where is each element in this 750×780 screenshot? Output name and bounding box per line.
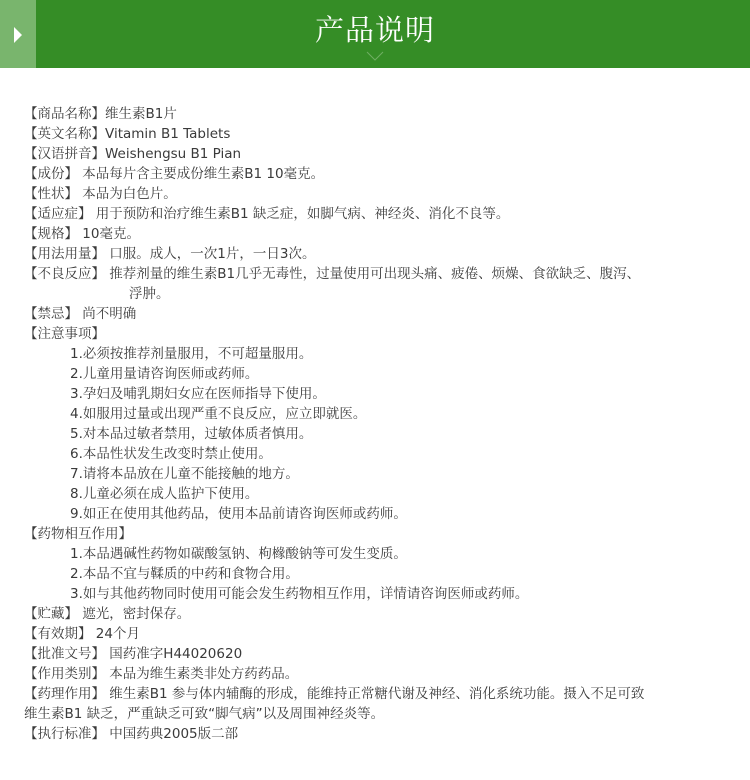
field-label: 【执行标准】	[24, 726, 105, 742]
field-label: 【汉语拼音】	[24, 146, 105, 162]
field-label: 【用法用量】	[24, 246, 105, 262]
field-value: 用于预防和治疗维生素B1 缺乏症，如脚气病、神经炎、消化不良等。	[92, 206, 510, 222]
field-english-name: 【英文名称】Vitamin B1 Tablets	[24, 124, 730, 144]
field-approval-number: 【批准文号】 国药准字H44020620	[24, 644, 730, 664]
interaction-item: 1.本品遇碱性药物如碳酸氢钠、枸橼酸钠等可发生变质。	[24, 544, 730, 564]
field-standard: 【执行标准】 中国药典2005版二部	[24, 724, 730, 744]
field-precautions: 【注意事项】	[24, 324, 730, 344]
precaution-item: 2.儿童用量请咨询医师或药师。	[24, 364, 730, 384]
field-label: 【批准文号】	[24, 646, 105, 662]
precaution-item: 1.必须按推荐剂量服用，不可超量服用。	[24, 344, 730, 364]
field-value-continued: 浮肿。	[24, 284, 730, 304]
field-label: 【注意事项】	[24, 326, 105, 342]
field-value: 遮光，密封保存。	[78, 606, 190, 622]
field-value: 维生素B1片	[105, 106, 177, 122]
field-ingredients: 【成份】 本品每片含主要成份维生素B1 10毫克。	[24, 164, 730, 184]
section-title: 产品说明	[0, 12, 750, 48]
field-label: 【商品名称】	[24, 106, 105, 122]
precaution-item: 8.儿童必须在成人监护下使用。	[24, 484, 730, 504]
field-value: 尚不明确	[78, 306, 136, 322]
field-label: 【禁忌】	[24, 306, 78, 322]
field-label: 【成份】	[24, 166, 78, 182]
field-value: 推荐剂量的维生素B1几乎无毒性，过量使用可出现头痛、疲倦、烦燥、食欲缺乏、腹泻、	[105, 266, 640, 282]
field-interactions: 【药物相互作用】	[24, 524, 730, 544]
field-value: 10毫克。	[78, 226, 140, 242]
product-description: 【商品名称】维生素B1片 【英文名称】Vitamin B1 Tablets 【汉…	[24, 104, 730, 744]
field-specification: 【规格】 10毫克。	[24, 224, 730, 244]
precaution-item: 5.对本品过敏者禁用，过敏体质者慎用。	[24, 424, 730, 444]
field-dosage: 【用法用量】 口服。成人，一次1片，一日3次。	[24, 244, 730, 264]
field-value: 本品为维生素类非处方药药品。	[105, 666, 298, 682]
field-value: 24个月	[92, 626, 140, 642]
field-validity: 【有效期】 24个月	[24, 624, 730, 644]
field-value: 国药准字H44020620	[105, 646, 242, 662]
field-label: 【英文名称】	[24, 126, 105, 142]
field-label: 【有效期】	[24, 626, 92, 642]
field-adverse-reactions: 【不良反应】 推荐剂量的维生素B1几乎无毒性，过量使用可出现头痛、疲倦、烦燥、食…	[24, 264, 730, 304]
field-label: 【药物相互作用】	[24, 526, 132, 542]
field-label: 【适应症】	[24, 206, 92, 222]
field-category: 【作用类别】 本品为维生素类非处方药药品。	[24, 664, 730, 684]
field-pharmacology: 【药理作用】 维生素B1 参与体内辅酶的形成，能维持正常糖代谢及神经、消化系统功…	[24, 684, 730, 704]
field-value: 口服。成人，一次1片，一日3次。	[105, 246, 315, 262]
interaction-item: 3.如与其他药物同时使用可能会发生药物相互作用，详情请咨询医师或药师。	[24, 584, 730, 604]
field-value: 中国药典2005版二部	[105, 726, 238, 742]
section-header-bar: 产品说明	[0, 0, 750, 68]
interaction-item: 2.本品不宜与鞣质的中药和食物合用。	[24, 564, 730, 584]
field-value: Vitamin B1 Tablets	[105, 126, 230, 142]
field-label: 【药理作用】	[24, 686, 105, 702]
field-label: 【性状】	[24, 186, 78, 202]
field-value-continued: 维生素B1 缺乏，严重缺乏可致“脚气病”以及周围神经炎等。	[24, 706, 384, 722]
precaution-item: 6.本品性状发生改变时禁止使用。	[24, 444, 730, 464]
precaution-item: 3.孕妇及哺乳期妇女应在医师指导下使用。	[24, 384, 730, 404]
field-storage: 【贮藏】 遮光，密封保存。	[24, 604, 730, 624]
precaution-item: 7.请将本品放在儿童不能接触的地方。	[24, 464, 730, 484]
chevron-down-icon	[366, 50, 384, 64]
field-value: 本品每片含主要成份维生素B1 10毫克。	[78, 166, 324, 182]
field-pharmacology-continued: 维生素B1 缺乏，严重缺乏可致“脚气病”以及周围神经炎等。	[24, 704, 730, 724]
field-value: Weishengsu B1 Pian	[105, 146, 241, 162]
precaution-item: 4.如服用过量或出现严重不良反应，应立即就医。	[24, 404, 730, 424]
field-label: 【不良反应】	[24, 266, 105, 282]
precaution-item: 9.如正在使用其他药品，使用本品前请咨询医师或药师。	[24, 504, 730, 524]
field-value: 本品为白色片。	[78, 186, 177, 202]
field-appearance: 【性状】 本品为白色片。	[24, 184, 730, 204]
field-indications: 【适应症】 用于预防和治疗维生素B1 缺乏症，如脚气病、神经炎、消化不良等。	[24, 204, 730, 224]
field-value: 维生素B1 参与体内辅酶的形成，能维持正常糖代谢及神经、消化系统功能。摄入不足可…	[105, 686, 644, 702]
field-contraindications: 【禁忌】 尚不明确	[24, 304, 730, 324]
field-label: 【作用类别】	[24, 666, 105, 682]
field-product-name: 【商品名称】维生素B1片	[24, 104, 730, 124]
field-label: 【贮藏】	[24, 606, 78, 622]
field-pinyin: 【汉语拼音】Weishengsu B1 Pian	[24, 144, 730, 164]
field-label: 【规格】	[24, 226, 78, 242]
